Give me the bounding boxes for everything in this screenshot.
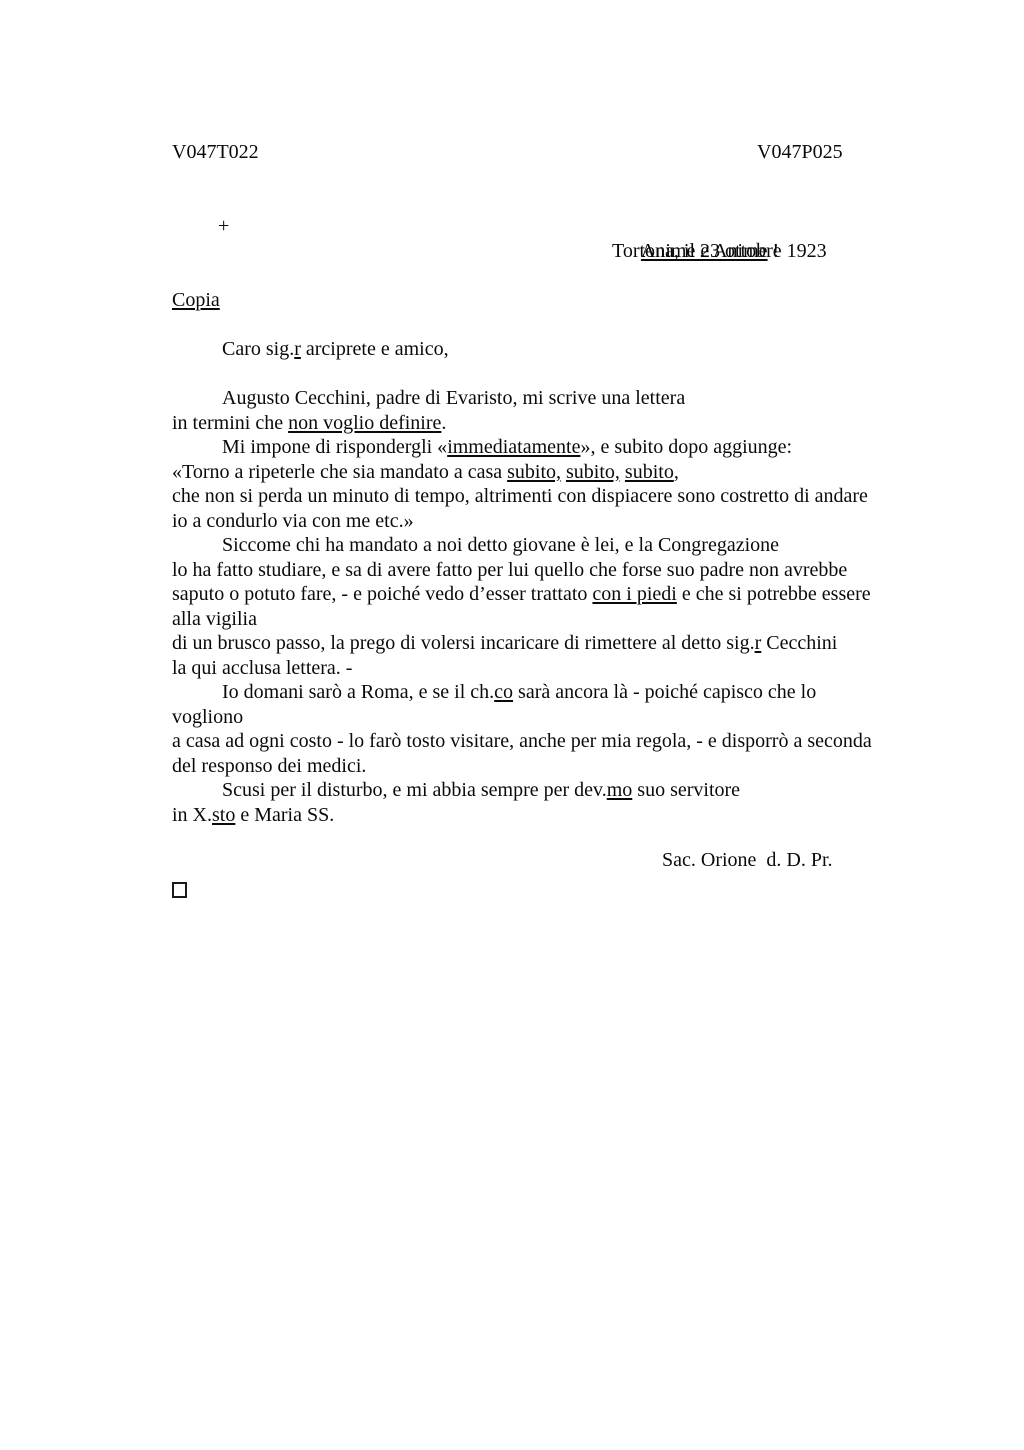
copy-label-text: Copia <box>172 289 220 311</box>
archive-code-left: V047T022 <box>172 140 259 165</box>
document-page: V047T022 V047P025 + Anime e Anime ! Tort… <box>0 0 1024 1450</box>
letter-line: la qui acclusa lettera. - <box>172 656 924 681</box>
letter-line: in termini che non voglio definire. <box>172 411 924 436</box>
letter-line: di un brusco passo, la prego di volersi … <box>172 631 924 656</box>
letter-line <box>172 362 924 387</box>
signature: Sac. Orione d. D. Pr. <box>662 848 833 873</box>
letter-heading: Anime e Anime ! Tortona, il 23 ottobre 1… <box>612 214 827 263</box>
letter-line: Scusi per il disturbo, e mi abbia sempre… <box>172 778 924 803</box>
copy-label: Copia <box>172 288 220 313</box>
letter-line: saputo o potuto fare, - e poiché vedo d’… <box>172 582 924 607</box>
letter-line: del responso dei medici. <box>172 754 924 779</box>
letter-line: lo ha fatto studiare, e sa di avere fatt… <box>172 558 924 583</box>
letter-line: «Torno a ripeterle che sia mandato a cas… <box>172 460 924 485</box>
letter-line: vogliono <box>172 705 924 730</box>
empty-square-icon <box>172 882 187 898</box>
letter-line: Augusto Cecchini, padre di Evaristo, mi … <box>172 386 924 411</box>
letter-body: Caro sig.r arciprete e amico, Augusto Ce… <box>172 337 924 827</box>
letter-line: alla vigilia <box>172 607 924 632</box>
letter-line: Caro sig.r arciprete e amico, <box>172 337 924 362</box>
letter-line: che non si perda un minuto di tempo, alt… <box>172 484 924 509</box>
cross-symbol: + <box>218 214 229 239</box>
letter-line: Mi impone di rispondergli «immediatament… <box>172 435 924 460</box>
letter-line: Siccome chi ha mandato a noi detto giova… <box>172 533 924 558</box>
letter-line: a casa ad ogni costo - lo farò tosto vis… <box>172 729 924 754</box>
letter-dateline: Tortona, il 23 ottobre 1923 <box>612 239 827 264</box>
letter-line: in X.sto e Maria SS. <box>172 803 924 828</box>
archive-code-right: V047P025 <box>757 140 843 165</box>
letter-motto: Anime e Anime ! <box>612 214 827 239</box>
letter-line: Io domani sarò a Roma, e se il ch.co sar… <box>172 680 924 705</box>
letter-line: io a condurlo via con me etc.» <box>172 509 924 534</box>
